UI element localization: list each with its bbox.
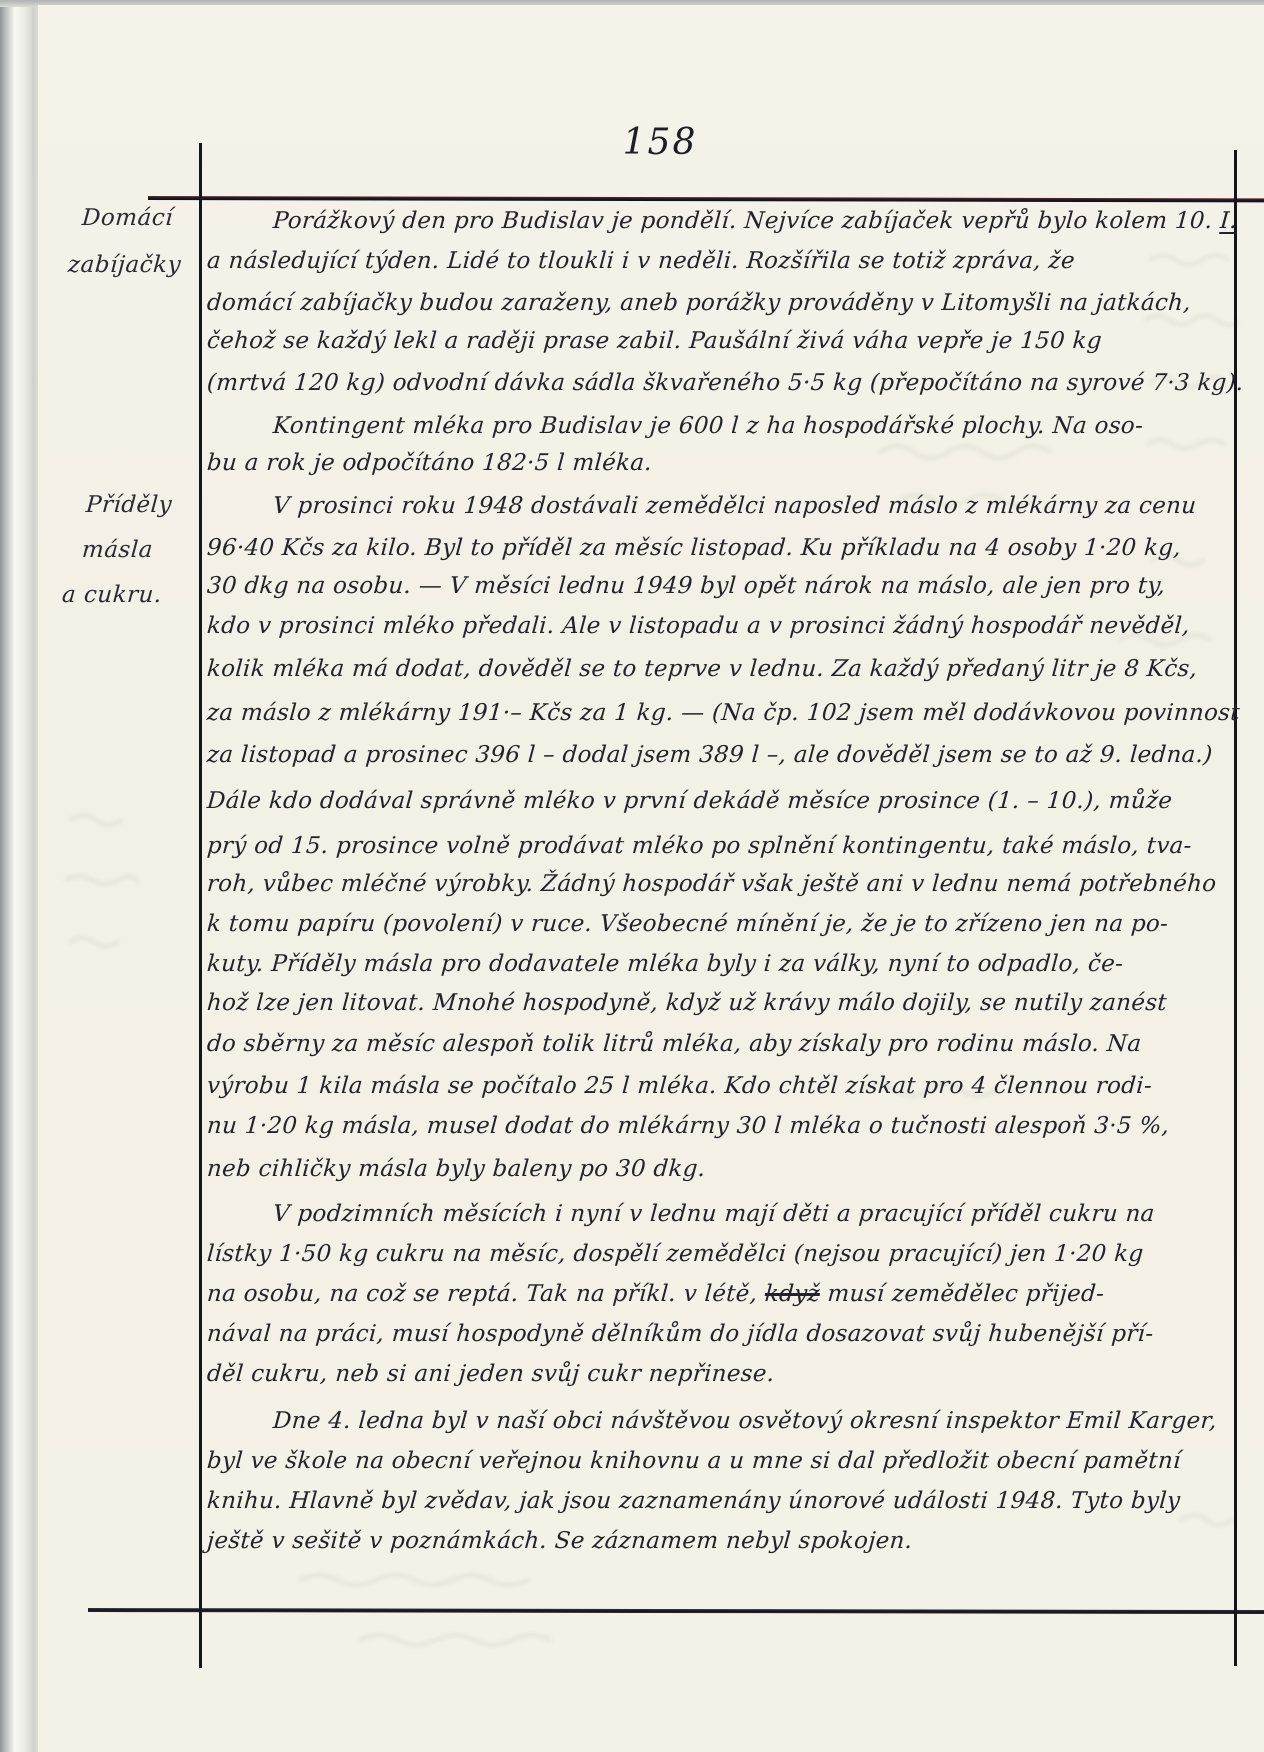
frame-rule-left: [199, 143, 202, 1668]
text-line: V prosinci roku 1948 dostávali zemědělci…: [206, 493, 1264, 519]
text-line: bu a rok je odpočítáno 182·5 l mléka.: [206, 450, 1236, 476]
text-line: děl cukru, neb si ani jeden svůj cukr ne…: [206, 1361, 1236, 1387]
text-line: V podzimních měsících i nyní v lednu maj…: [206, 1201, 1264, 1227]
margin-note-line: másla: [81, 537, 154, 563]
text-line: knihu. Hlavně byl zvědav, jak jsou zazna…: [206, 1488, 1236, 1514]
text-line: kolik mléka má dodat, dověděl se to tepr…: [206, 656, 1236, 682]
text-line: 30 dkg na osobu. — V měsíci lednu 1949 b…: [206, 573, 1236, 599]
text-line: roh, vůbec mléčné výrobky. Žádný hospodá…: [206, 871, 1236, 897]
text-line: výrobu 1 kila másla se počítalo 25 l mlé…: [206, 1073, 1236, 1099]
text-line: Porážkový den pro Budislav je pondělí. N…: [206, 208, 1264, 234]
text-line: kuty. Příděly másla pro dodavatele mléka…: [206, 951, 1236, 977]
scanned-chronicle-page: { "page": { "number": "158" }, "margin_n…: [0, 0, 1264, 1752]
text-line: domácí zabíjačky budou zaraženy, aneb po…: [206, 290, 1236, 316]
text-line: do sběrny za měsíc alespoň tolik litrů m…: [206, 1031, 1236, 1057]
page-number: 158: [600, 122, 720, 163]
text-line: lístky 1·50 kg cukru na měsíc, dospělí z…: [206, 1241, 1236, 1267]
text-line: 96·40 Kčs za kilo. Byl to příděl za měsí…: [206, 535, 1236, 561]
text-line: čehož se každý lekl a raději prase zabil…: [206, 328, 1236, 354]
text-line: Dne 4. ledna byl v naší obci návštěvou o…: [206, 1408, 1264, 1434]
text-line: k tomu papíru (povolení) v ruce. Všeobec…: [206, 911, 1236, 937]
text-line: hož lze jen litovat. Mnohé hospodyně, kd…: [206, 990, 1236, 1016]
margin-note-line: Domácí: [81, 205, 174, 231]
margin-note-line: Příděly: [85, 492, 173, 518]
text-line: a následující týden. Lidé to tloukli i v…: [206, 248, 1236, 274]
text-line: kdo v prosinci mléko předali. Ale v list…: [206, 613, 1236, 639]
text-line: nu 1·20 kg másla, musel dodat do mlékárn…: [206, 1113, 1236, 1139]
scanner-edge-left: [0, 0, 38, 1752]
text-line: na osobu, na což se reptá. Tak na příkl.…: [206, 1281, 1236, 1307]
text-line: prý od 15. prosince volně prodávat mléko…: [206, 833, 1236, 859]
text-line: (mrtvá 120 kg) odvodní dávka sádla škvař…: [206, 370, 1236, 396]
margin-note-line: zabíjačky: [67, 252, 182, 278]
text-line: Kontingent mléka pro Budislav je 600 l z…: [206, 413, 1264, 439]
text-line: za listopad a prosinec 396 l – dodal jse…: [206, 742, 1236, 768]
text-line: nával na práci, musí hospodyně dělníkům …: [206, 1321, 1236, 1347]
text-line: byl ve škole na obecní veřejnou knihovnu…: [206, 1448, 1236, 1474]
text-line: Dále kdo dodával správně mléko v první d…: [206, 788, 1236, 814]
text-line: ještě v sešitě v poznámkách. Se záznamem…: [206, 1528, 1236, 1554]
margin-note-line: a cukru.: [61, 582, 163, 608]
text-line: neb cihličky másla byly baleny po 30 dkg…: [206, 1156, 1236, 1182]
text-line: za máslo z mlékárny 191·– Kčs za 1 kg. —…: [206, 700, 1236, 726]
